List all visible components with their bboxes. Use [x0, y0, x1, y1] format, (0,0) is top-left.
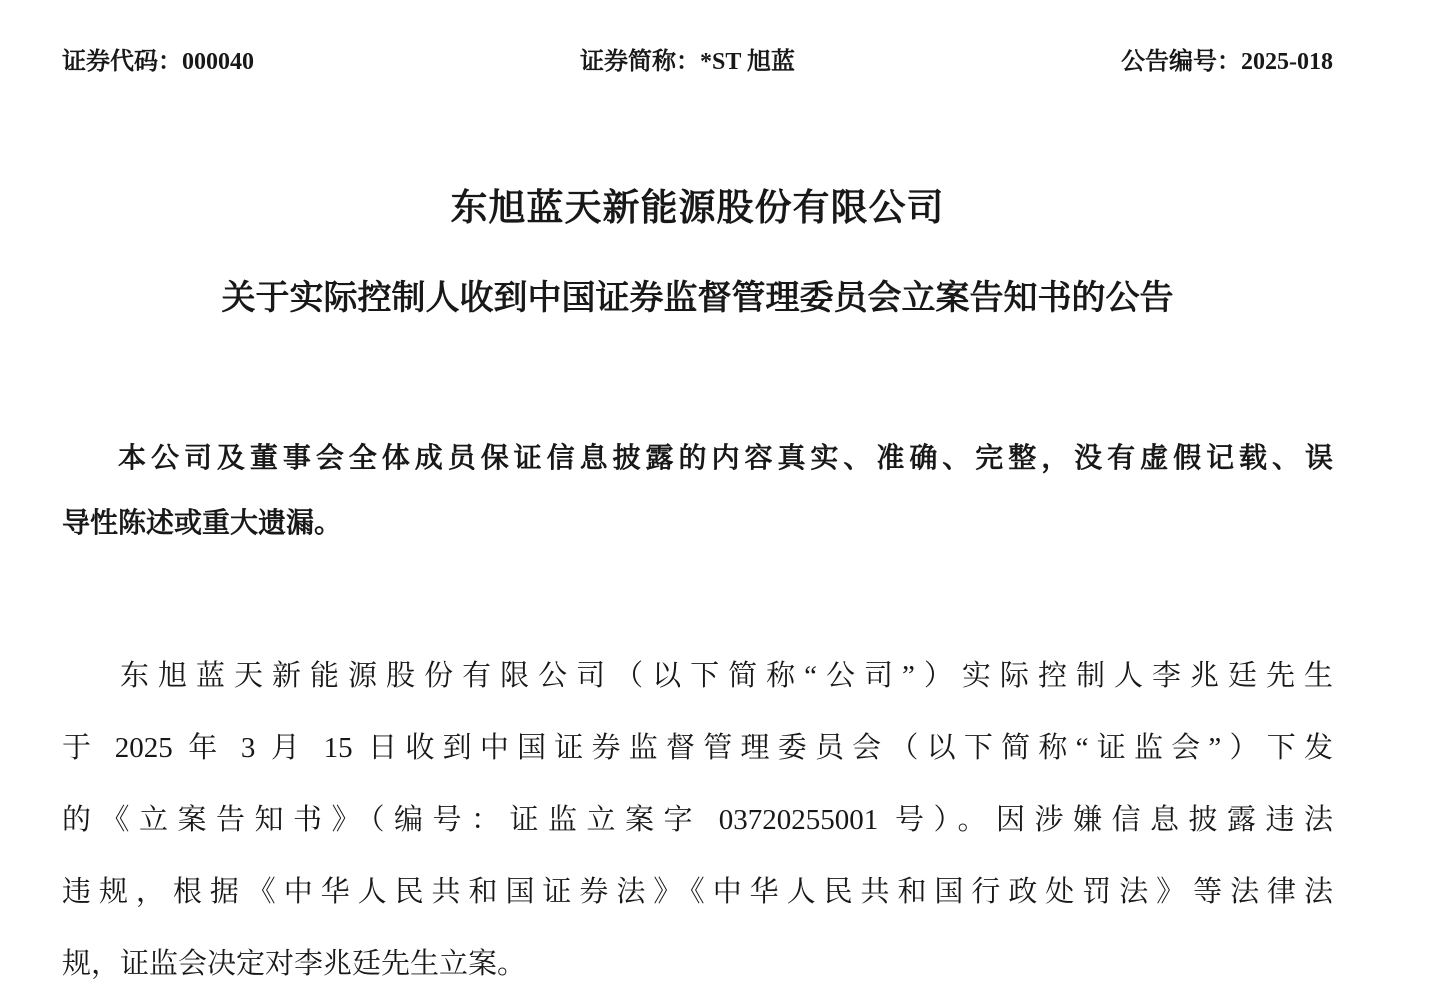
stock-abbr-label: 证券简称：*ST 旭蓝 [580, 46, 795, 78]
company-name-title: 东旭蓝天新能源股份有限公司 [62, 186, 1333, 232]
document-header-row: 证券代码：000040 证券简称：*ST 旭蓝 公告编号：2025-018 [62, 46, 1333, 78]
announcement-number-label: 公告编号：2025-018 [1121, 46, 1333, 78]
stock-code-label: 证券代码：000040 [62, 46, 254, 78]
body-line: 于 2025 年 3 月 15 日收到中国证券监督管理委员会（以下简称“证监会”… [62, 712, 1333, 784]
disclaimer-line: 本公司及董事会全体成员保证信息披露的内容真实、准确、完整，没有虚假记载、误 [62, 426, 1333, 491]
body-line: 的《立案告知书》（编号：证监立案字 03720255001 号）。因涉嫌信息披露… [62, 784, 1333, 856]
announcement-subject-title: 关于实际控制人收到中国证券监督管理委员会立案告知书的公告 [62, 276, 1333, 322]
disclaimer-paragraph: 本公司及董事会全体成员保证信息披露的内容真实、准确、完整，没有虚假记载、误导性陈… [62, 426, 1333, 556]
document-page: 证券代码：000040 证券简称：*ST 旭蓝 公告编号：2025-018 东旭… [0, 0, 1439, 998]
disclaimer-line: 导性陈述或重大遗漏。 [62, 491, 1333, 556]
body-line: 违规，根据《中华人民共和国证券法》《中华人民共和国行政处罚法》等法律法 [62, 856, 1333, 928]
body-paragraph: 东旭蓝天新能源股份有限公司（以下简称“公司”）实际控制人李兆廷先生于 2025 … [62, 640, 1333, 998]
body-line: 东旭蓝天新能源股份有限公司（以下简称“公司”）实际控制人李兆廷先生 [62, 640, 1333, 712]
body-line: 规，证监会决定对李兆廷先生立案。 [62, 928, 1333, 998]
